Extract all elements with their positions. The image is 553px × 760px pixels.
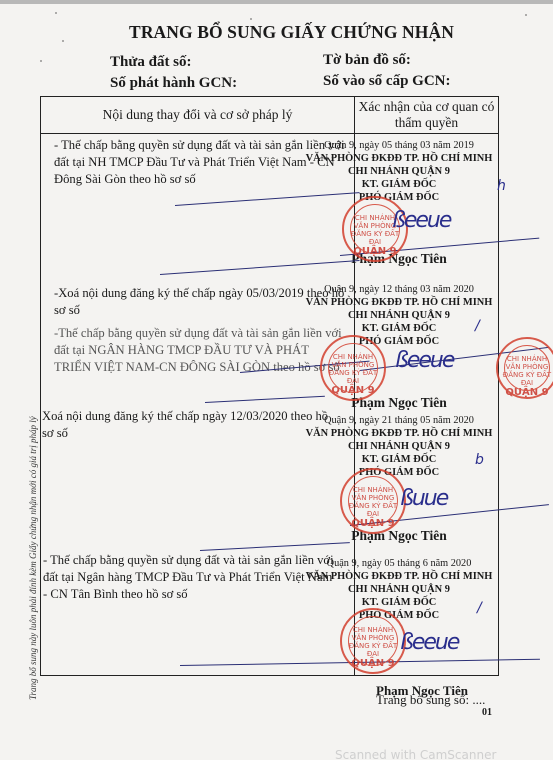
- entry-1-date: Quận 9, ngày 05 tháng 03 năm 2019: [299, 139, 499, 152]
- parcel-number-label: Thửa đất số:: [110, 54, 192, 71]
- document-title: TRANG BỔ SUNG GIẤY CHỨNG NHẬN: [0, 22, 553, 43]
- entry-3-signer: Phạm Ngọc Tiên: [299, 529, 499, 542]
- entry-4-role1: KT. GIÁM ĐỐC: [299, 596, 499, 609]
- handwritten-initial: /: [477, 600, 480, 616]
- entry-1-branch: CHI NHÁNH QUẬN 9: [299, 165, 499, 178]
- scan-speck: [250, 18, 252, 20]
- scan-speck: [55, 12, 57, 14]
- handwritten-initial: h: [497, 178, 504, 194]
- handwritten-initial: /: [475, 318, 478, 334]
- scanner-watermark: Scanned with CamScanner: [335, 748, 496, 760]
- certificate-register-number-label: Số vào sổ cấp GCN:: [323, 73, 451, 90]
- entry-4-office: VĂN PHÒNG ĐKĐĐ TP. HỒ CHÍ MINH: [299, 570, 499, 583]
- entry-3-branch: CHI NHÁNH QUẬN 9: [299, 440, 499, 453]
- handwritten-signature: ßeeue: [395, 348, 453, 373]
- certificate-issue-number-label: Số phát hành GCN:: [110, 75, 237, 92]
- entry-2-role1: KT. GIÁM ĐỐC: [299, 322, 499, 335]
- scan-top-edge: [0, 0, 553, 4]
- entry-1-role1: KT. GIÁM ĐỐC: [299, 178, 499, 191]
- supplement-page-label: Trang bổ sung số: ....: [376, 692, 485, 708]
- official-stamp: CHI NHÁNH VĂN PHÒNG ĐĂNG KÝ ĐẤT ĐAI QUẬN…: [496, 337, 553, 399]
- entry-3-role1: KT. GIÁM ĐỐC: [299, 453, 499, 466]
- entry-2-date: Quận 9, ngày 12 tháng 03 năm 2020: [299, 283, 499, 296]
- handwritten-signature: ßeeue: [392, 208, 450, 233]
- handwritten-signature: ßuue: [400, 486, 447, 511]
- entry-2-office: VĂN PHÒNG ĐKĐĐ TP. HỒ CHÍ MINH: [299, 296, 499, 309]
- map-sheet-number-label: Tờ bản đồ số:: [323, 52, 411, 69]
- handwritten-signature: ßeeue: [400, 630, 458, 655]
- entry-2-branch: CHI NHÁNH QUẬN 9: [299, 309, 499, 322]
- header-divider: [41, 133, 498, 134]
- entry-3-role2: PHÓ GIÁM ĐỐC: [299, 466, 499, 479]
- header-changes-legal-basis: Nội dung thay đổi và cơ sở pháp lý: [41, 107, 354, 123]
- entry-4-content: - Thế chấp bằng quyền sử dụng đất và tài…: [43, 552, 335, 609]
- entry-4-text: - Thế chấp bằng quyền sử dụng đất và tài…: [43, 552, 335, 603]
- changes-table: Nội dung thay đổi và cơ sở pháp lý Xác n…: [40, 96, 499, 676]
- side-note: Trang bổ sung này luôn phải đính kèm Giấ…: [28, 416, 38, 700]
- official-stamp: CHI NHÁNH VĂN PHÒNG ĐĂNG KÝ ĐẤT ĐAI QUẬN…: [340, 468, 406, 534]
- scan-speck: [40, 60, 42, 62]
- scan-speck: [525, 14, 527, 16]
- entry-3-text: Xoá nội dung đăng ký thế chấp ngày 12/03…: [42, 408, 334, 442]
- entry-4-date: Quận 9, ngày 05 tháng 6 năm 2020: [299, 557, 499, 570]
- entry-3-date: Quận 9, ngày 21 tháng 05 năm 2020: [299, 414, 499, 427]
- official-stamp: CHI NHÁNH VĂN PHÒNG ĐĂNG KÝ ĐẤT ĐAI QUẬN…: [320, 335, 386, 401]
- official-stamp: CHI NHÁNH VĂN PHÒNG ĐĂNG KÝ ĐẤT ĐAI QUẬN…: [340, 608, 406, 674]
- entry-1-office: VĂN PHÒNG ĐKĐĐ TP. HỒ CHÍ MINH: [299, 152, 499, 165]
- entry-1-role2: PHÓ GIÁM ĐỐC: [299, 191, 499, 204]
- header-authority-confirmation: Xác nhận của cơ quan có thẩm quyền: [355, 99, 498, 131]
- entry-4-branch: CHI NHÁNH QUẬN 9: [299, 583, 499, 596]
- entry-3-office: VĂN PHÒNG ĐKĐĐ TP. HỒ CHÍ MINH: [299, 427, 499, 440]
- entry-3-content: Xoá nội dung đăng ký thế chấp ngày 12/03…: [42, 408, 334, 448]
- entry-4-confirmation: Quận 9, ngày 05 tháng 6 năm 2020 VĂN PHÒ…: [299, 557, 499, 622]
- supplement-page-number: 01: [482, 707, 492, 718]
- handwritten-initial: b: [475, 452, 482, 468]
